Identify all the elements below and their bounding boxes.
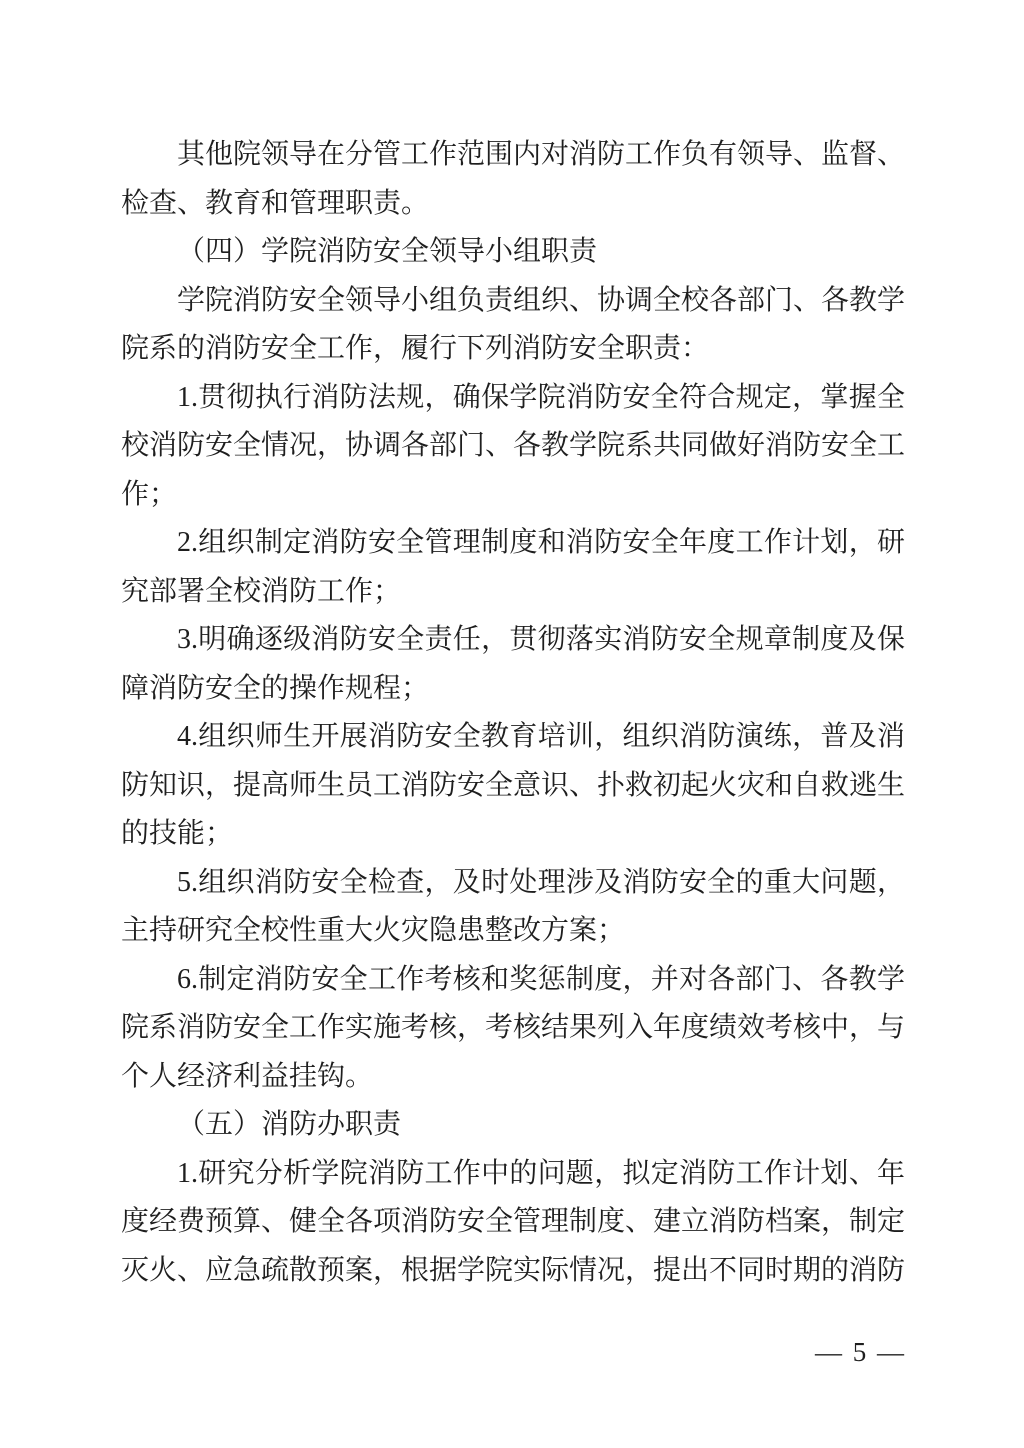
document-page: 其他院领导在分管工作范围内对消防工作负有领导、监督、检查、教育和管理职责。 （四… (0, 0, 1024, 1448)
paragraph-fire-office-duty-1: 1.研究分析学院消防工作中的问题，拟定消防工作计划、年度经费预算、健全各项消防安… (121, 1150, 905, 1296)
document-content: 其他院领导在分管工作范围内对消防工作负有领导、监督、检查、教育和管理职责。 （四… (121, 131, 905, 1295)
page-number: — 5 — (815, 1337, 906, 1367)
paragraph-duty-item-1: 1.贯彻执行消防法规，确保学院消防安全符合规定，掌握全校消防安全情况，协调各部门… (121, 374, 905, 520)
paragraph-leading-group-intro: 学院消防安全领导小组负责组织、协调全校各部门、各教学院系的消防安全工作，履行下列… (121, 277, 905, 374)
paragraph-duty-item-5: 5.组织消防安全检查，及时处理涉及消防安全的重大问题，主持研究全校性重大火灾隐患… (121, 859, 905, 956)
page-footer: — 5 — (815, 1334, 906, 1370)
heading-section-5: （五）消防办职责 (121, 1101, 905, 1150)
heading-section-4: （四）学院消防安全领导小组职责 (121, 228, 905, 277)
paragraph-other-leaders-duty: 其他院领导在分管工作范围内对消防工作负有领导、监督、检查、教育和管理职责。 (121, 131, 905, 228)
paragraph-duty-item-3: 3.明确逐级消防安全责任，贯彻落实消防安全规章制度及保障消防安全的操作规程； (121, 616, 905, 713)
paragraph-duty-item-2: 2.组织制定消防安全管理制度和消防安全年度工作计划，研究部署全校消防工作； (121, 519, 905, 616)
paragraph-duty-item-6: 6.制定消防安全工作考核和奖惩制度，并对各部门、各教学院系消防安全工作实施考核，… (121, 956, 905, 1102)
paragraph-duty-item-4: 4.组织师生开展消防安全教育培训，组织消防演练，普及消防知识，提高师生员工消防安… (121, 713, 905, 859)
